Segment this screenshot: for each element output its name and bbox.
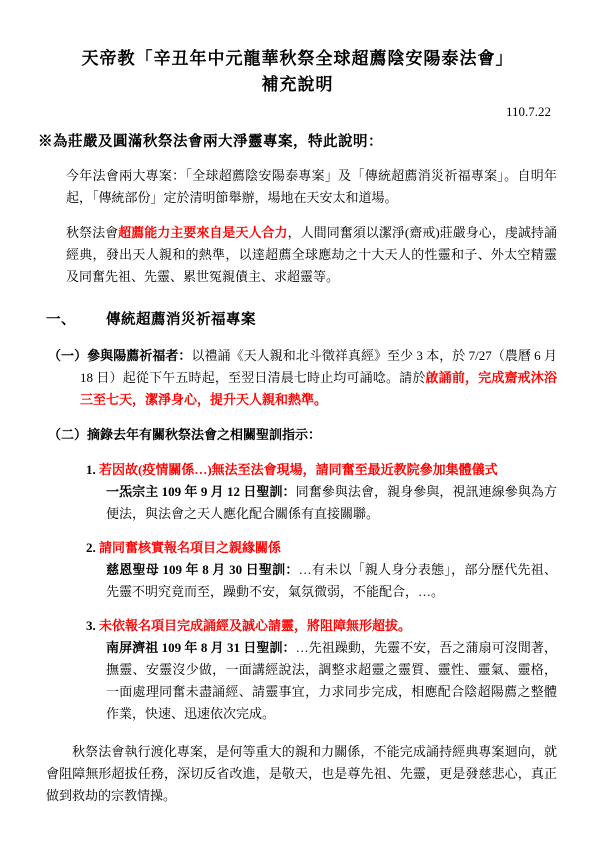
item2-label: （二） (48, 427, 87, 442)
subitem-1: 1. 若因故(疫情關係…)無法至法會現場，請同奮至最近教院參加集體儀式 一炁宗主… (86, 459, 557, 525)
subitem-3-heading: 3. 未依報名項目完成誦經及誠心請靈，將阻障無形超拔。 (86, 615, 557, 637)
subitem-3-bold-lead: 南屏濟祖 109 年 8 月 31 日聖訓： (106, 640, 296, 655)
subitem-3-body: 南屏濟祖 109 年 8 月 31 日聖訓：…先祖躁動，先靈不安，吾之蒲扇可沒閒… (106, 637, 557, 725)
intro-heading: ※為莊嚴及圓滿秋祭法會兩大淨靈專案，特此說明： (38, 130, 557, 151)
document-title-line2: 補充說明 (38, 72, 557, 98)
subitem-1-body: 一炁宗主 109 年 9 月 12 日聖訓：同奮參與法會，親身參與，視訊連線參與… (106, 481, 557, 525)
document-title-line1: 天帝教「辛丑年中元龍華秋祭全球超薦陰安陽泰法會」 (38, 46, 557, 72)
subitem-2-body: 慈恩聖母 109 年 8 月 30 日聖訓：…有未以「親人身分表態」，部分歷代先… (106, 559, 557, 603)
section1-number: 一、 (46, 312, 76, 328)
closing-paragraph: 秋祭法會執行渡化專案，是何等重大的親和力關係，不能完成誦持經典專案迴向，就會阻障… (46, 741, 557, 807)
section1-item1: （一）參與陽薦祈福者：以禮誦《天人親和北斗徵祥真經》至少 3 本，於 7/27（… (48, 345, 557, 411)
intro-paragraph-2: 秋祭法會超薦能力主要來自是天人合力，人間同奮須以潔淨(齋戒)莊嚴身心，虔誠持誦經… (66, 222, 557, 288)
item1-lead: 參與陽薦祈福者： (87, 348, 191, 363)
subitem-1-heading: 1. 若因故(疫情關係…)無法至法會現場，請同奮至最近教院參加集體儀式 (86, 459, 557, 481)
subitem-3-red-heading: 未依報名項目完成誦經及誠心請靈，將阻障無形超拔。 (99, 618, 411, 633)
subitem-3: 3. 未依報名項目完成誦經及誠心請靈，將阻障無形超拔。 南屏濟祖 109 年 8… (86, 615, 557, 725)
intro-paragraph-2-text-pre: 秋祭法會 (66, 225, 118, 240)
item2-lead: 摘錄去年有關秋祭法會之相關聖訓指示： (87, 427, 321, 442)
subitem-2-red-heading: 請同奮核實報名項目之親緣關係 (99, 540, 281, 555)
intro-paragraph-2-red-emphasis: 超薦能力主要來自是天人合力 (118, 225, 287, 240)
subitem-2: 2. 請同奮核實報名項目之親緣關係 慈恩聖母 109 年 8 月 30 日聖訓：… (86, 537, 557, 603)
subitem-1-bold-lead: 一炁宗主 109 年 9 月 12 日聖訓： (106, 484, 296, 499)
item1-label: （一） (48, 348, 87, 363)
subitem-1-red-heading: 若因故(疫情關係…)無法至法會現場，請同奮至最近教院參加集體儀式 (99, 462, 498, 477)
subitem-1-number: 1. (86, 462, 96, 477)
section1-item2-heading: （二）摘錄去年有關秋祭法會之相關聖訓指示： (48, 424, 557, 446)
section1-title: 傳統超薦消災祈福專案 (106, 312, 256, 328)
subitem-3-number: 3. (86, 618, 96, 633)
subitem-2-number: 2. (86, 540, 96, 555)
subitem-2-heading: 2. 請同奮核實報名項目之親緣關係 (86, 537, 557, 559)
subitem-2-bold-lead: 慈恩聖母 109 年 8 月 30 日聖訓： (106, 562, 299, 577)
section1-heading: 一、傳統超薦消災祈福專案 (46, 308, 557, 329)
document-date: 110.7.22 (38, 104, 551, 120)
document-page: 天帝教「辛丑年中元龍華秋祭全球超薦陰安陽泰法會」 補充說明 110.7.22 ※… (0, 0, 595, 842)
intro-paragraph-1: 今年法會兩大專案：「全球超薦陰安陽泰專案」及「傳統超薦消災祈福專案」。自明年起，… (66, 165, 557, 209)
